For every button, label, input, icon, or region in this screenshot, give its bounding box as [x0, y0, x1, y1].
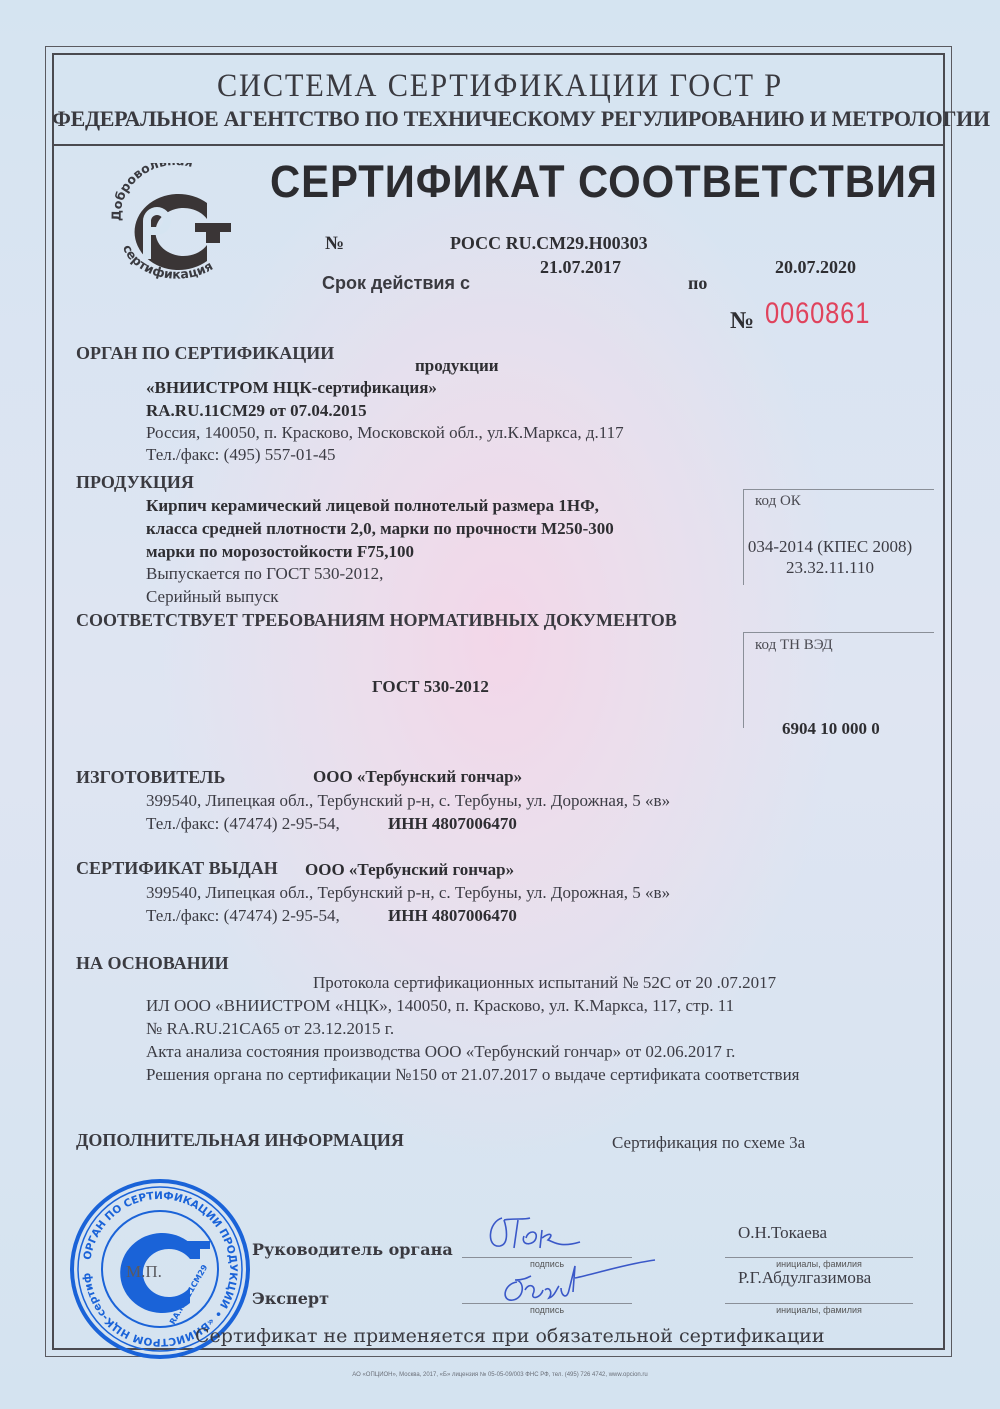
serial-number-sign: №	[730, 308, 754, 335]
rst-mark-icon: Добровольная сертификация	[103, 163, 243, 283]
serial-number: 0060861	[765, 297, 870, 331]
manufacturer-inn: ИНН 4807006470	[388, 814, 517, 834]
registration-number: РОСС RU.СМ29.Н00303	[450, 233, 648, 254]
header-divider	[52, 144, 945, 146]
product-series-line: Серийный выпуск	[146, 587, 279, 607]
validity-label: Срок действия с	[322, 273, 470, 294]
footer-note: Сертификат не применяется при обязательн…	[195, 1325, 825, 1347]
basis-line: Акта анализа состояния производства ООО …	[146, 1042, 735, 1062]
product-standard-line: Выпускается по ГОСТ 530-2012,	[146, 564, 383, 584]
document-title: СЕРТИФИКАТ СООТВЕТСТВИЯ	[270, 156, 938, 208]
certification-body-heading: ОРГАН ПО СЕРТИФИКАЦИИ	[76, 343, 334, 364]
ok-code-value: 034-2014 (КПЕС 2008)	[730, 537, 930, 557]
agency-name: ФЕДЕРАЛЬНОЕ АГЕНТСТВО ПО ТЕХНИЧЕСКОМУ РЕ…	[52, 106, 945, 132]
additional-info-heading: ДОПОЛНИТЕЛЬНАЯ ИНФОРМАЦИЯ	[76, 1130, 404, 1151]
manufacturer-name: ООО «Тербунский гончар»	[313, 767, 522, 787]
tnved-code-label: код ТН ВЭД	[755, 637, 833, 654]
head-name-line	[725, 1257, 913, 1258]
product-line: Кирпич керамический лицевой полнотелый р…	[146, 496, 599, 516]
compliance-heading: СООТВЕТСТВУЕТ ТРЕБОВАНИЯМ НОРМАТИВНЫХ ДО…	[76, 610, 677, 631]
system-title: СИСТЕМА СЕРТИФИКАЦИИ ГОСТ Р	[40, 68, 960, 105]
expert-signature-icon	[495, 1252, 675, 1312]
ok-code-label: код ОК	[755, 493, 801, 510]
head-signature-icon	[480, 1208, 600, 1258]
product-line: марки по морозостойкости F75,100	[146, 542, 414, 562]
stamp-reg-text: RA.RU.11CM29	[168, 1263, 210, 1326]
certification-body-address: Россия, 140050, п. Красково, Московской …	[146, 423, 624, 443]
expert-name-line	[725, 1303, 913, 1304]
manufacturer-phone: Тел./факс: (47474) 2-95-54,	[146, 814, 340, 834]
product-line: класса средней плотности 2,0, марки по п…	[146, 519, 614, 539]
head-role-label: Руководитель органа	[252, 1240, 453, 1259]
registration-number-sign: №	[325, 233, 344, 255]
valid-to-date: 20.07.2020	[775, 257, 856, 278]
basis-heading: НА ОСНОВАНИИ	[76, 953, 229, 974]
issued-to-name: ООО «Тербунский гончар»	[305, 860, 514, 880]
manufacturer-address: 399540, Липецкая обл., Тербунский р-н, с…	[146, 791, 670, 811]
certification-body-phone: Тел./факс: (495) 557-01-45	[146, 445, 336, 465]
manufacturer-heading: ИЗГОТОВИТЕЛЬ	[76, 767, 225, 788]
tnved-code-value: 6904 10 000 0	[782, 719, 880, 739]
product-heading: ПРОДУКЦИЯ	[76, 472, 194, 493]
ok-code-value: 23.32.11.110	[730, 558, 930, 578]
expert-name: Р.Г.Абдулгазимова	[738, 1268, 871, 1288]
certification-body-name: «ВНИИСТРОМ НЦК-сертификация»	[146, 378, 437, 398]
basis-line: ИЛ ООО «ВНИИСТРОМ «НЦК», 140050, п. Крас…	[146, 996, 734, 1016]
expert-name-caption: инициалы, фамилия	[725, 1305, 913, 1315]
basis-line: Протокола сертификационных испытаний № 5…	[313, 973, 776, 993]
validity-to-label: по	[688, 273, 707, 294]
issued-to-phone: Тел./факс: (47474) 2-95-54,	[146, 906, 340, 926]
certification-scheme: Сертификация по схеме 3а	[612, 1133, 805, 1153]
issued-to-inn: ИНН 4807006470	[388, 906, 517, 926]
valid-from-date: 21.07.2017	[540, 257, 621, 278]
issued-to-heading: СЕРТИФИКАТ ВЫДАН	[76, 858, 278, 879]
certification-body-accreditation: RA.RU.11CM29 от 07.04.2015	[146, 401, 367, 421]
stamp-place-label: М.П.	[126, 1262, 162, 1282]
certification-body-subheading: продукции	[415, 356, 499, 376]
expert-role-label: Эксперт	[252, 1289, 329, 1308]
printer-imprint: АО «ОПЦИОН», Москва, 2017, «Б» лицензия …	[0, 1372, 1000, 1378]
basis-line: Решения органа по сертификации №150 от 2…	[146, 1065, 800, 1085]
basis-line: № RA.RU.21CA65 от 23.12.2015 г.	[146, 1019, 394, 1039]
head-name: О.Н.Токаева	[738, 1223, 827, 1243]
issued-to-address: 399540, Липецкая обл., Тербунский р-н, с…	[146, 883, 670, 903]
compliance-standard: ГОСТ 530-2012	[372, 677, 489, 697]
